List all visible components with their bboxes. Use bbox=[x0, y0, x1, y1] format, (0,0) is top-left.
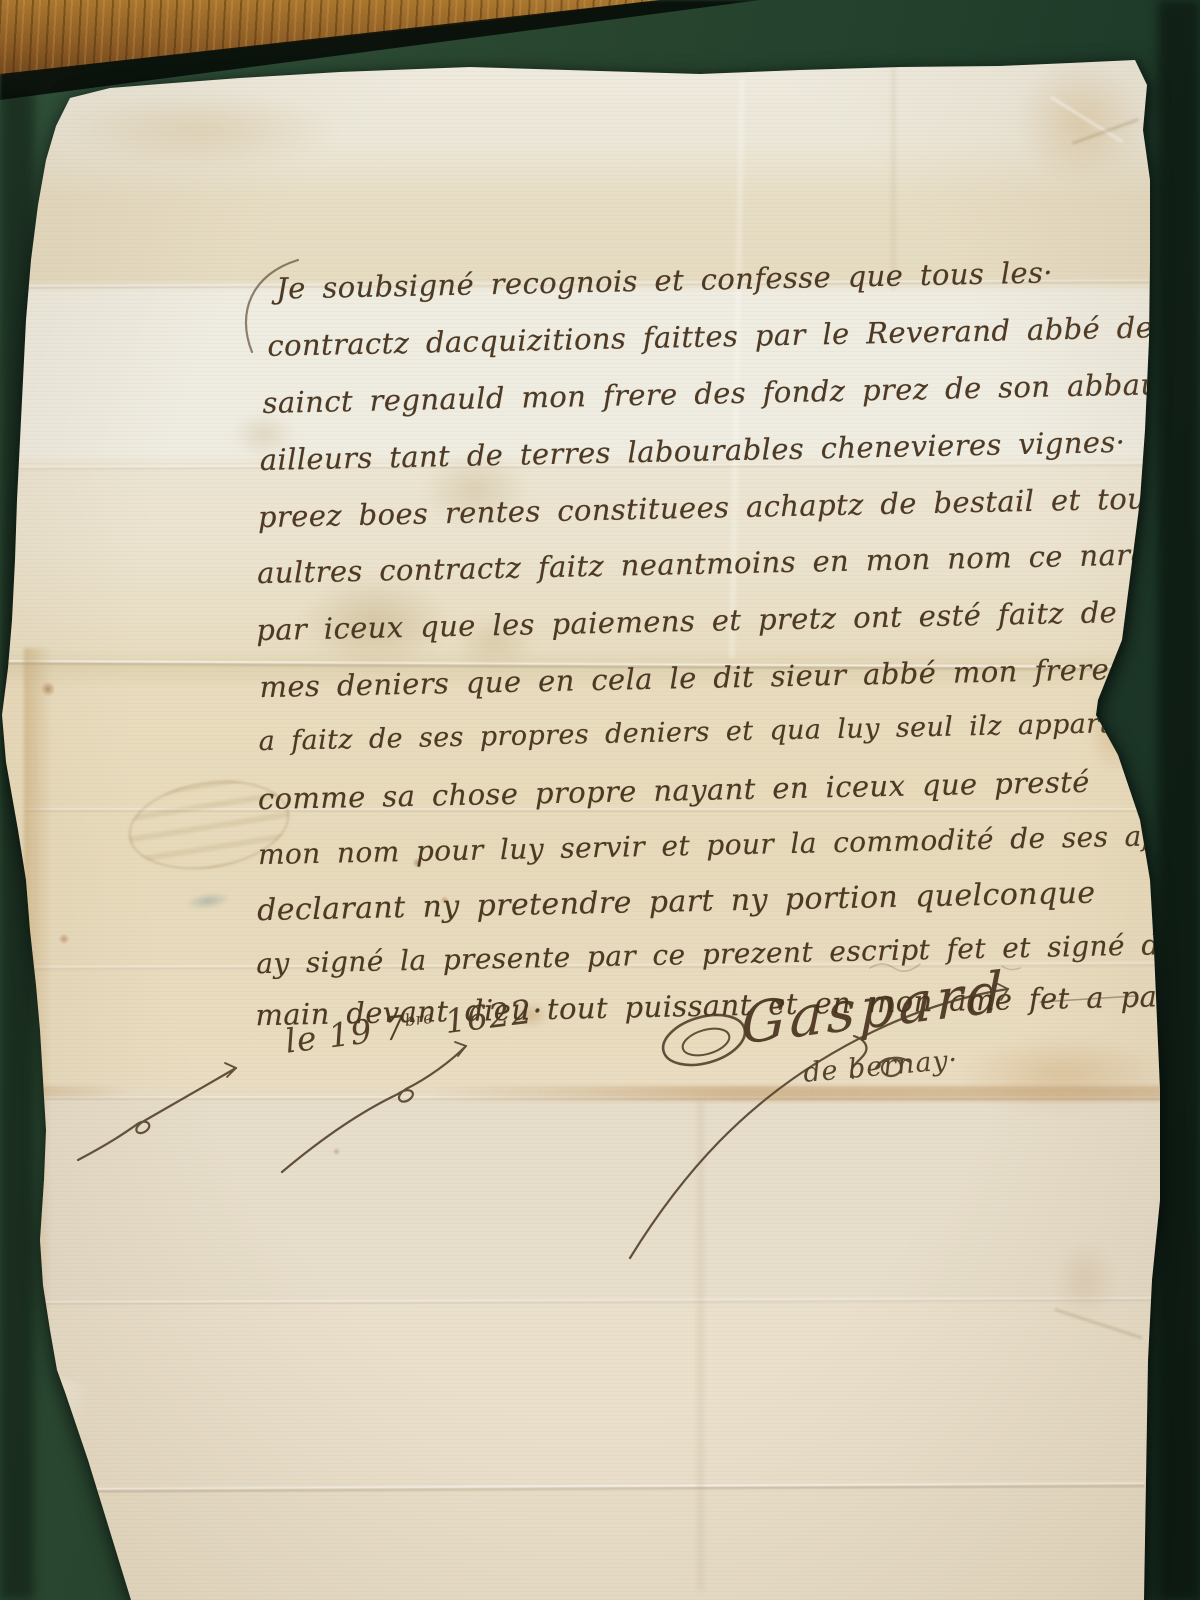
paper-vignette bbox=[0, 0, 1200, 1600]
paper-sheet: Je soubsigné recognois et confesse que t… bbox=[0, 0, 1200, 1600]
photo-scene: Je soubsigné recognois et confesse que t… bbox=[0, 0, 1200, 1600]
manuscript-paper: Je soubsigné recognois et confesse que t… bbox=[0, 0, 1200, 1600]
